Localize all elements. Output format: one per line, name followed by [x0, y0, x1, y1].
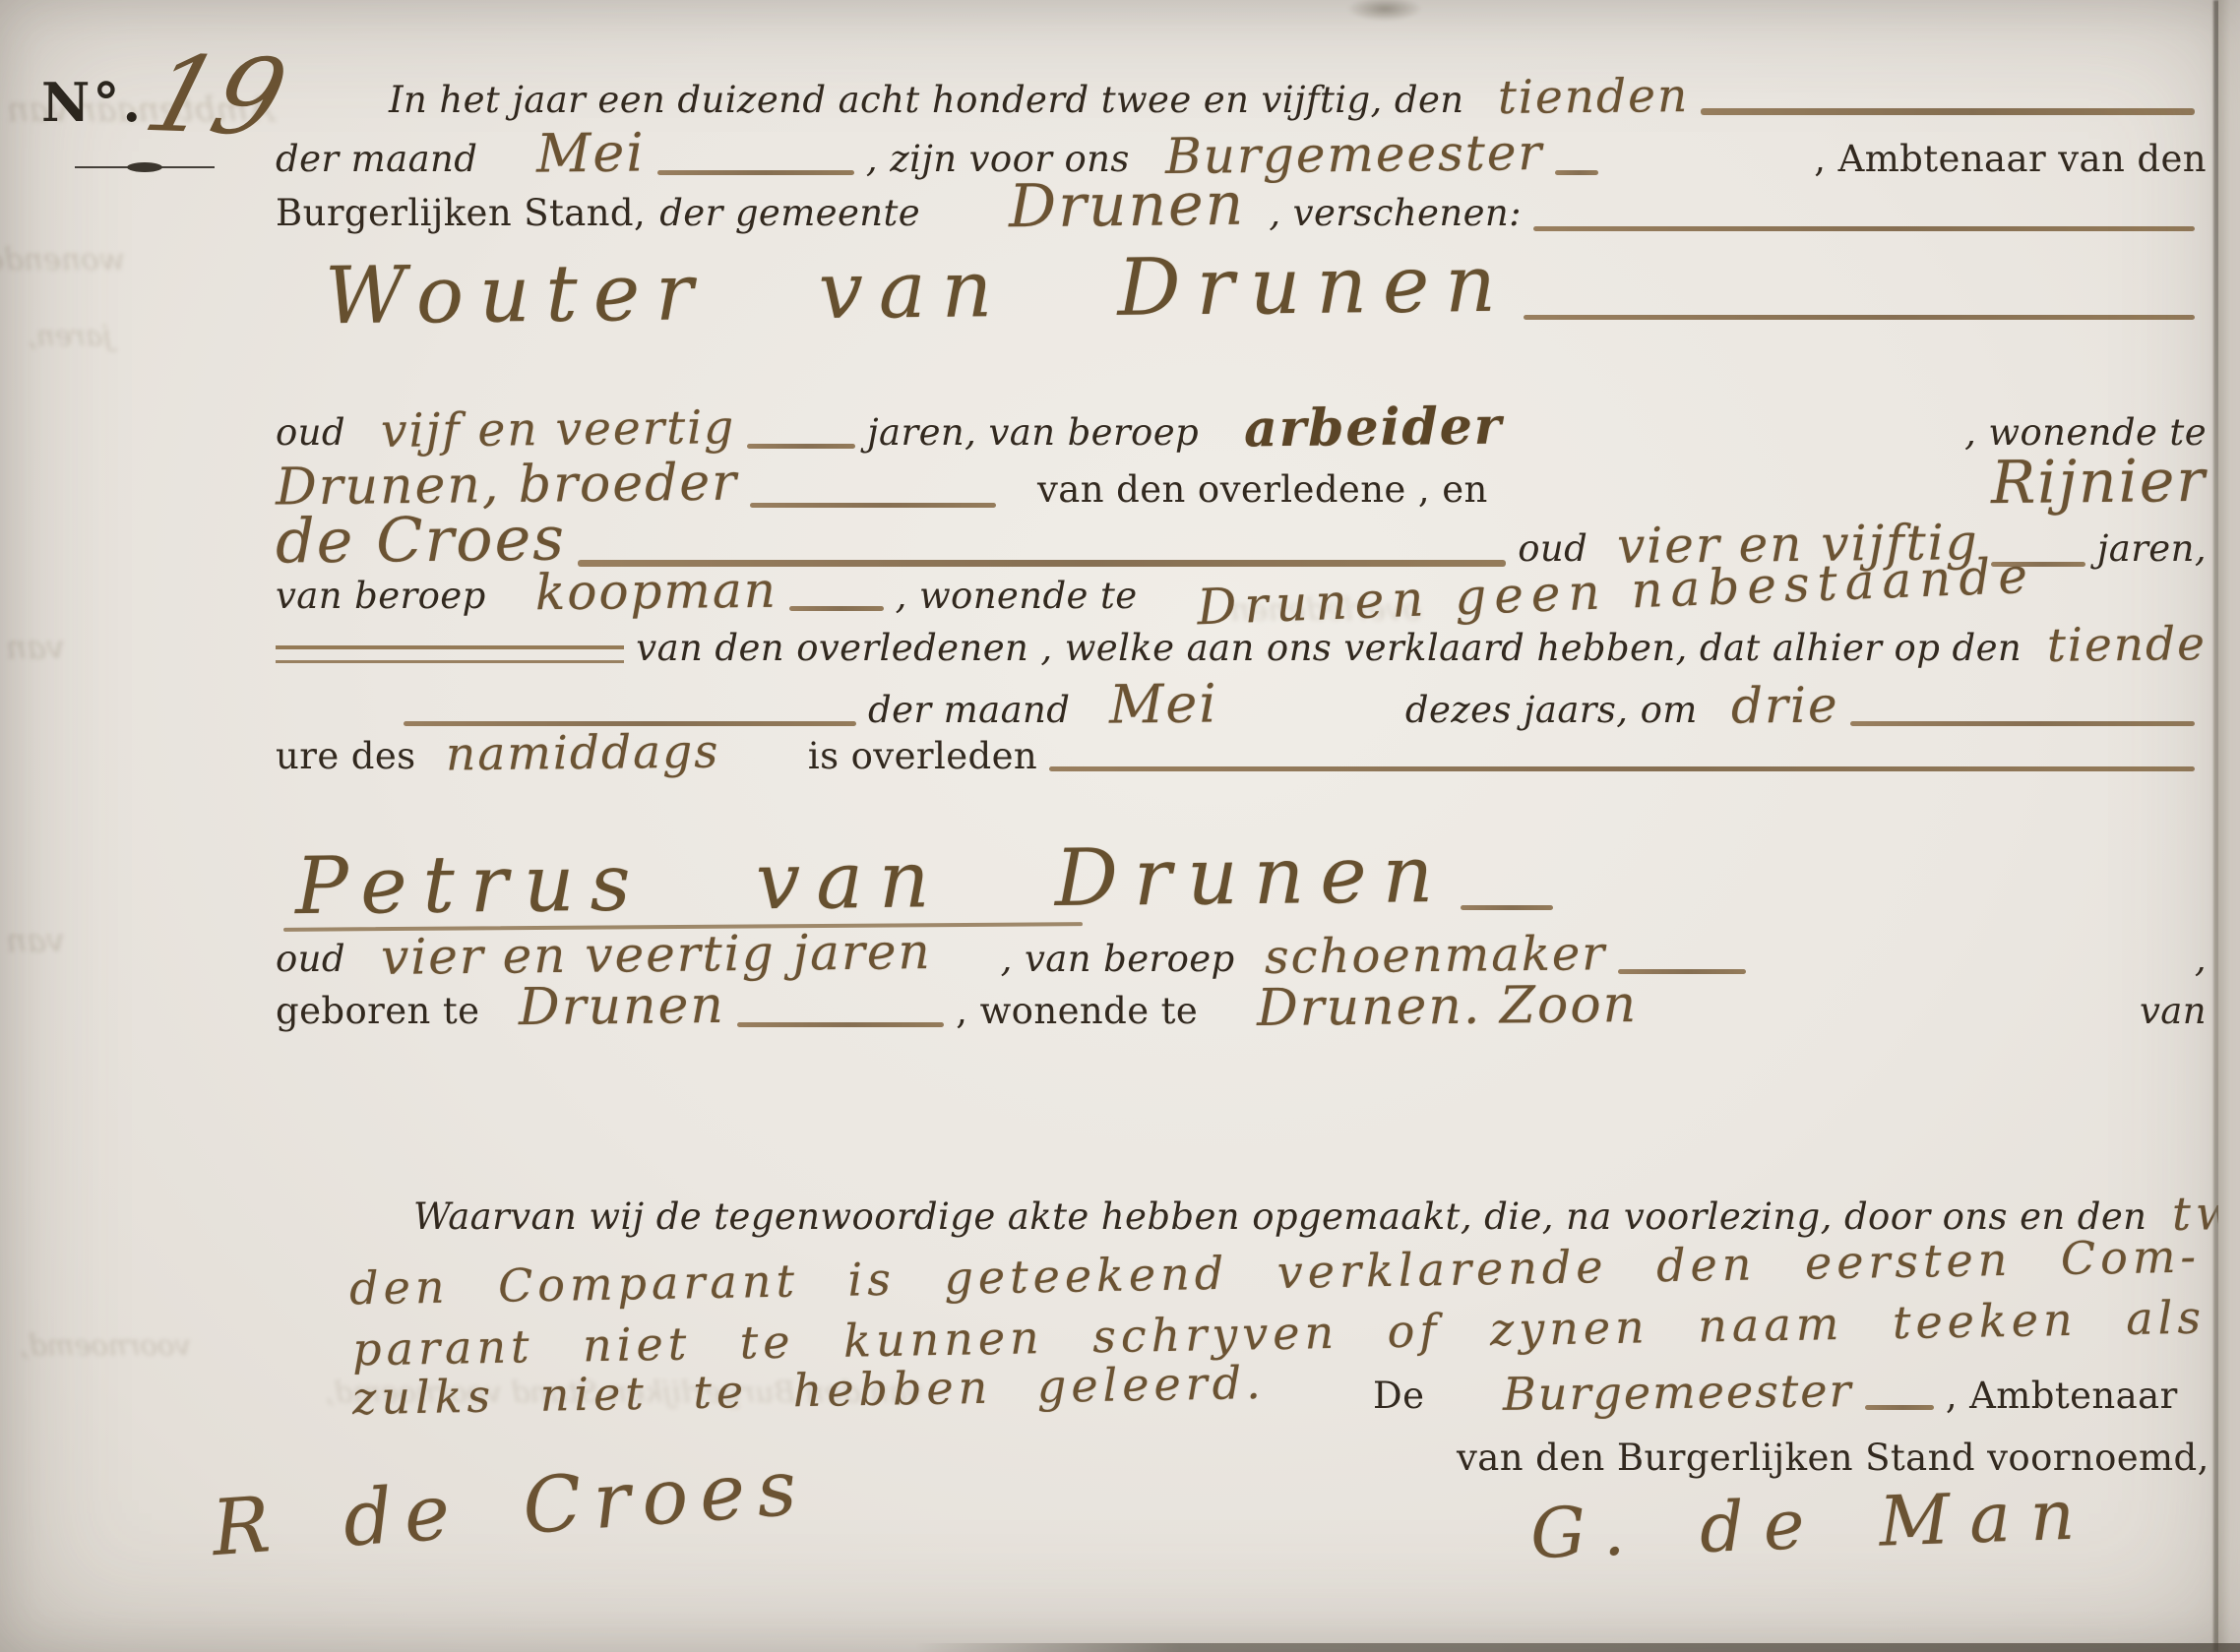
printed-born-label: geboren te — [276, 990, 479, 1032]
ornament-divider — [75, 159, 215, 175]
ink-rule — [1461, 905, 1553, 910]
bleed-through-text: van — [6, 921, 65, 959]
act-number-value: 19 — [133, 33, 299, 159]
ink-rule — [1618, 969, 1746, 974]
printed-comma: , — [2195, 938, 2207, 980]
ink-rule — [789, 606, 884, 611]
printed-closing: Waarvan wij de tegenwoordige akte hebben… — [413, 1195, 2147, 1238]
handwritten-day: tienden — [1497, 69, 1689, 125]
ink-rule — [276, 645, 624, 663]
line-closing-hand-2: den Comparant is geteekend verklarende d… — [349, 1246, 2207, 1299]
printed-official-registry: van den Burgerlijken Stand voornoemd, — [1457, 1437, 2209, 1479]
line-year: In het jaar een duizend acht honderd twe… — [276, 70, 2207, 124]
line-deceased-birth: geboren te Drunen , wonende te Drunen. Z… — [276, 977, 2207, 1036]
bleed-through-text: jaren, — [28, 319, 111, 352]
line-official-title: De Burgemeester , Ambtenaar — [1373, 1366, 2207, 1419]
line-closing-hand-3: parant niet te kunnen schryven of zynen … — [352, 1307, 2207, 1360]
printed-registry: Burgerlijken Stand, — [276, 192, 646, 234]
handwritten-death-day: tiende — [2047, 617, 2207, 673]
handwritten-closing-4: zulks niet te hebben geleerd. — [352, 1356, 1267, 1425]
line-deceased-age: oud vier en veertig jaren , van beroep s… — [276, 926, 2207, 983]
line-municipality: Burgerlijken Stand, der gemeente Drunen … — [276, 171, 2207, 240]
handwritten-municipality: Drunen — [1009, 170, 1246, 242]
signature-official: G. de Man — [1529, 1474, 2095, 1574]
ink-rule — [1533, 226, 2195, 231]
printed-de: De — [1373, 1375, 1424, 1417]
act-number-label: N°. — [41, 71, 144, 134]
signature-comparant: R de Croes — [210, 1443, 811, 1573]
printed-month-label: der maand — [868, 689, 1070, 731]
printed-ambtenaar: , Ambtenaar — [1946, 1375, 2178, 1417]
bleed-through-text: voornoemd, — [20, 1328, 191, 1362]
printed-age-label: oud — [276, 938, 345, 980]
line-death-time: ure des namiddags is overleden — [276, 726, 2207, 780]
ink-rule — [1865, 1405, 1934, 1410]
line-closing-printed: Waarvan wij de tegenwoordige akte hebben… — [276, 1187, 2207, 1241]
printed-died-label: is overleden — [808, 735, 1037, 777]
page-bottom-shadow — [915, 1643, 2240, 1652]
printed-hour-label: ure des — [276, 735, 416, 777]
handwritten-deceased-name: Petrus van Drunen — [295, 828, 1450, 932]
ink-rule — [1524, 315, 2195, 320]
printed-residence-label: , wonende te — [956, 990, 1198, 1032]
bleed-through-text: wonende te — [0, 242, 125, 277]
ink-smudge — [1346, 0, 1423, 22]
bleed-through-text: van — [6, 628, 65, 666]
printed-son-of: van — [2140, 990, 2207, 1032]
printed-residence-label: , wonende te — [896, 575, 1138, 617]
line-official-registry: van den Burgerlijken Stand voornoemd, — [1457, 1437, 2207, 1479]
handwritten-comparant1-name: Wouter van Drunen — [325, 238, 1513, 342]
printed-year-phrase: dezes jaars, om — [1405, 689, 1698, 731]
handwritten-occupation: koopman — [534, 562, 778, 622]
printed-appeared: , verschenen: — [1269, 192, 1522, 234]
ink-rule — [737, 1022, 944, 1027]
handwritten-official-title: Burgemeester — [1503, 1364, 1853, 1421]
printed-declaration: van den overledenen , welke aan ons verk… — [636, 627, 2022, 669]
page-edge — [2218, 0, 2240, 1652]
handwritten-daypart: namiddags — [445, 725, 719, 782]
line-closing-hand-4: zulks niet te hebben geleerd. — [352, 1364, 1266, 1417]
handwritten-birthplace: Drunen — [519, 976, 725, 1037]
line-comparant1-name: Wouter van Drunen — [276, 244, 2207, 336]
printed-municipality-label: der gemeente — [659, 192, 920, 234]
line-deceased-name: Petrus van Drunen — [276, 834, 1565, 926]
line-declaration: van den overledenen , welke aan ons verk… — [276, 618, 2207, 672]
printed-occupation-label: , van beroep — [1001, 938, 1235, 980]
printed-occupation-label: van beroep — [276, 575, 486, 617]
death-certificate-page: Ambtenaar van den wonende te jaren, van … — [0, 0, 2240, 1652]
line-comparant2-occupation: van beroep koopman , wonende te Drunen g… — [276, 563, 2207, 620]
printed-year-text: In het jaar een duizend acht honderd twe… — [389, 79, 1464, 121]
ornament-gem — [127, 162, 162, 172]
handwritten-residence: Drunen. Zoon — [1257, 975, 1639, 1038]
ink-rule — [1049, 766, 2195, 771]
ink-rule — [1701, 108, 2195, 115]
